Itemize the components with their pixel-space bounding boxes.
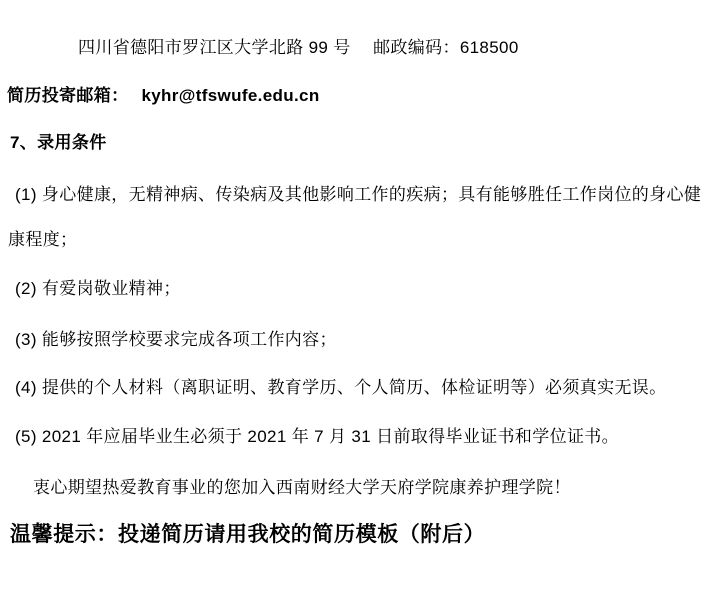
condition-item-1-line-2: 康程度； xyxy=(8,229,77,251)
condition-item-2: (2) 有爱岗敬业精神； xyxy=(15,278,181,300)
condition-item-3: (3) 能够按照学校要求完成各项工作内容； xyxy=(15,329,337,351)
section-heading-recruitment-conditions: 7、录用条件 xyxy=(10,132,107,154)
document-page: 四川省德阳市罗江区大学北路 99 号 邮政编码：618500 简历投寄邮箱：ky… xyxy=(0,0,713,589)
address-line: 四川省德阳市罗江区大学北路 99 号 邮政编码：618500 xyxy=(78,37,519,59)
resume-email-address: kyhr@tfswufe.edu.cn xyxy=(141,86,319,105)
condition-item-5: (5) 2021 年应届毕业生必须于 2021 年 7 月 31 日前取得毕业证… xyxy=(15,426,619,448)
condition-item-1-line-1: (1) 身心健康，无精神病、传染病及其他影响工作的疾病；具有能够胜任工作岗位的身… xyxy=(15,184,701,206)
closing-welcome-line: 衷心期望热爱教育事业的您加入西南财经大学天府学院康养护理学院！ xyxy=(33,477,571,499)
condition-item-4: (4) 提供的个人材料（离职证明、教育学历、个人简历、体检证明等）必须真实无误。 xyxy=(15,377,667,399)
resume-email-line: 简历投寄邮箱：kyhr@tfswufe.edu.cn xyxy=(7,85,320,107)
tip-line-resume-template: 温馨提示：投递简历请用我校的简历模板（附后） xyxy=(10,520,485,548)
resume-email-label: 简历投寄邮箱： xyxy=(7,86,128,105)
